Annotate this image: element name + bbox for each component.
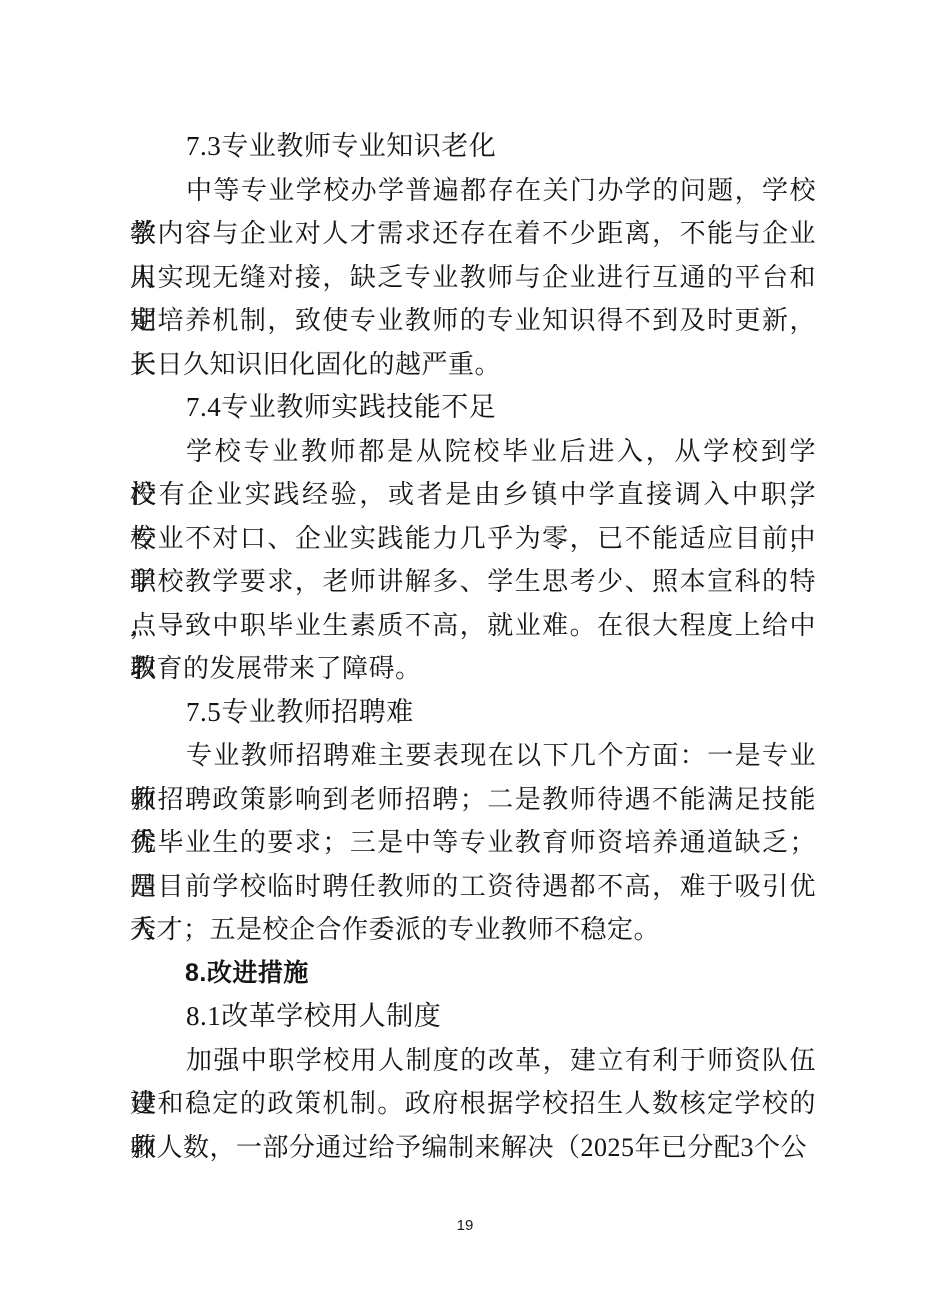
section-heading-8-1: 8.1改革学校用人制度 — [130, 995, 816, 1039]
paragraph-line: 长日久知识旧化固化的越严重。 — [130, 343, 816, 387]
paragraph-line: 师人数，一部分通过给予编制来解决（2025年已分配3个公 — [130, 1126, 816, 1170]
paragraph-line: 学内容与企业对人才需求还存在着不少距离，不能与企业用 — [130, 212, 816, 256]
paragraph-line: 人实现无缝对接，缺乏专业教师与企业进行互通的平台和定 — [130, 256, 816, 300]
paragraph-line: 学校专业教师都是从院校毕业后进入，从学校到学校， — [130, 430, 816, 474]
section-heading-7-5: 7.5专业教师招聘难 — [130, 691, 816, 735]
paragraph-line: 加强中职学校用人制度的改革，建立有利于师资队伍建 — [130, 1039, 816, 1083]
document-body: 7.3专业教师专业知识老化中等专业学校办学普遍都存在关门办学的问题，学校教学内容… — [130, 125, 816, 1169]
paragraph-line: 师招聘政策影响到老师招聘；二是教师待遇不能满足技能优 — [130, 778, 816, 822]
paragraph-line: 中等专业学校办学普遍都存在关门办学的问题，学校教 — [130, 169, 816, 213]
paragraph-line: 学校教学要求，老师讲解多、学生思考少、照本宣科的特点 — [130, 560, 816, 604]
paragraph-line: 秀毕业生的要求；三是中等专业教育师资培养通道缺乏；四 — [130, 821, 816, 865]
paragraph-line: ，导致中职毕业生素质不高，就业难。在很大程度上给中职 — [130, 604, 816, 648]
paragraph-line: 人才；五是校企合作委派的专业教师不稳定。 — [130, 908, 816, 952]
paragraph-line: 期培养机制，致使专业教师的专业知识得不到及时更新，天 — [130, 299, 816, 343]
paragraph-line: 专业教师招聘难主要表现在以下几个方面：一是专业教 — [130, 734, 816, 778]
paragraph-line: 是目前学校临时聘任教师的工资待遇都不高，难于吸引优秀 — [130, 865, 816, 909]
paragraph-line: 没有企业实践经验，或者是由乡镇中学直接调入中职学校， — [130, 473, 816, 517]
page-number: 19 — [0, 1217, 930, 1234]
document-page: 7.3专业教师专业知识老化中等专业学校办学普遍都存在关门办学的问题，学校教学内容… — [0, 0, 930, 1315]
paragraph-line: 专业不对口、企业实践能力几乎为零，已不能适应目前中职 — [130, 517, 816, 561]
paragraph-line: 设和稳定的政策机制。政府根据学校招生人数核定学校的教 — [130, 1082, 816, 1126]
section-heading-7-3: 7.3专业教师专业知识老化 — [130, 125, 816, 169]
section-heading-7-4: 7.4专业教师实践技能不足 — [130, 386, 816, 430]
paragraph-line: 教育的发展带来了障碍。 — [130, 647, 816, 691]
section-heading-8: 8.改进措施 — [130, 952, 816, 996]
